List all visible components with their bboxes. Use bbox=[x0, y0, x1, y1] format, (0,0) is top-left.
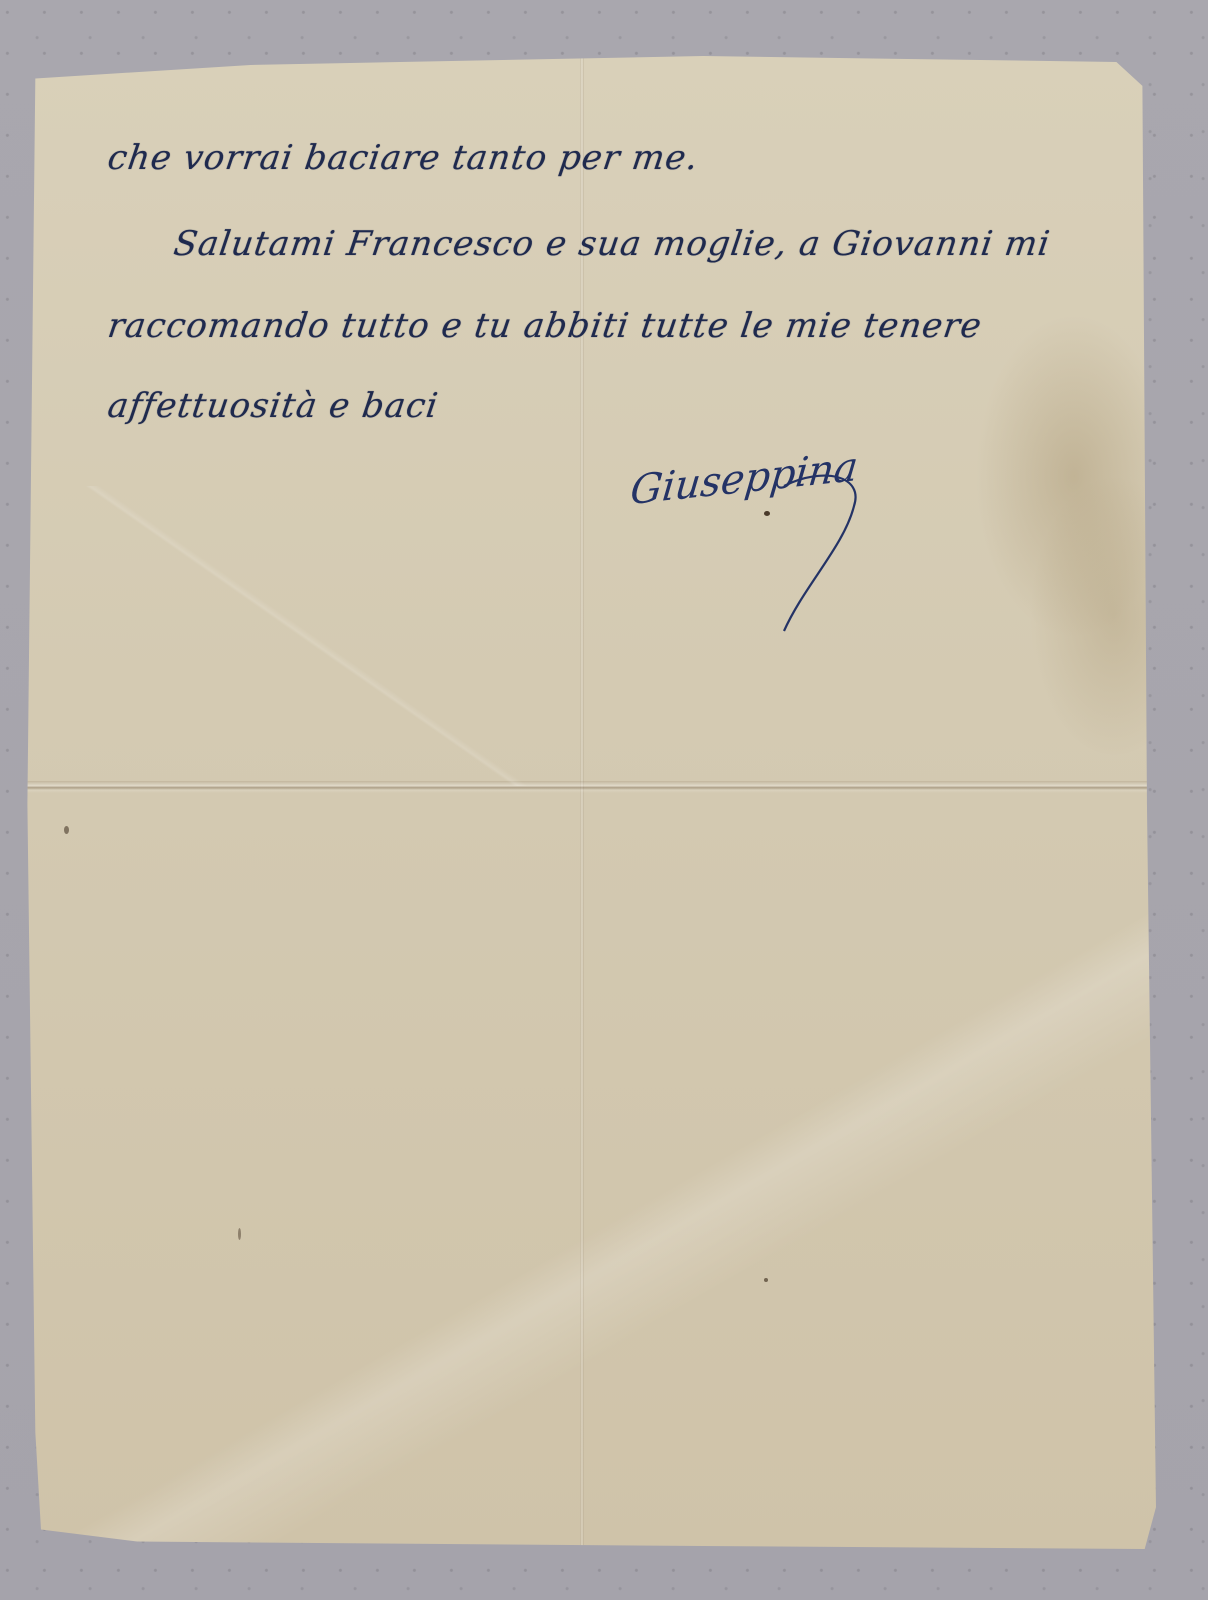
letter-line-2: Salutami Francesco e sua moglie, a Giova… bbox=[171, 224, 1053, 264]
signature-flourish-icon bbox=[764, 456, 884, 636]
letter-paper: che vorrai baciare tanto per me. Salutam… bbox=[24, 56, 1156, 1552]
paper-speck bbox=[64, 826, 69, 834]
letter-line-1: che vorrai baciare tanto per me. bbox=[105, 138, 701, 178]
paper-speck bbox=[238, 1228, 241, 1240]
paper-speck bbox=[764, 1278, 768, 1282]
vertical-fold-crease bbox=[580, 56, 584, 1552]
letter-line-3: raccomando tutto e tu abbiti tutte le mi… bbox=[105, 306, 984, 346]
diagonal-crease bbox=[24, 486, 584, 786]
ink-spot bbox=[764, 511, 770, 516]
letter-line-4: affettuosità e baci bbox=[105, 386, 441, 426]
